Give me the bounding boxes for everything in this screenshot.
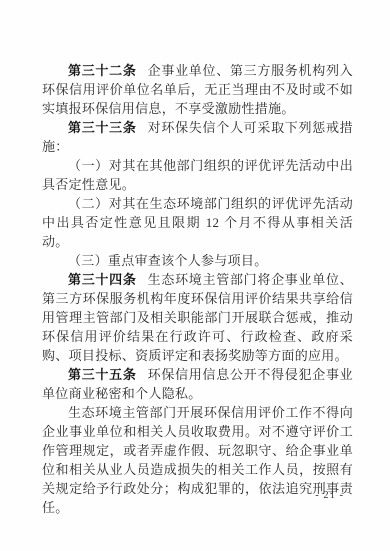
- article-number: 第三十三条: [68, 120, 137, 135]
- paragraph: 生态环境主管部门开展环保信用评价工作不得向企业事业单位和相关人员收取费用。对不遵…: [42, 403, 353, 517]
- paragraph: 第三十二条企事业单位、第三方服务机构列入环保信用评价单位名单后，无正当理由不及时…: [42, 61, 353, 118]
- page-number: - 21 -: [315, 490, 344, 501]
- document-page: 第三十二条企事业单位、第三方服务机构列入环保信用评价单位名单后，无正当理由不及时…: [0, 0, 390, 551]
- paragraph-text: （一）对其在其他部门组织的评优评先活动中出具否定性意见。: [42, 158, 353, 192]
- paragraph: （一）对其在其他部门组织的评优评先活动中出具否定性意见。: [42, 156, 353, 194]
- article-number: 第三十四条: [68, 272, 137, 287]
- paragraph: 第三十三条对环保失信个人可采取下列惩戒措施：: [42, 118, 353, 156]
- paragraph-text: （三）重点审查该个人参与项目。: [68, 253, 268, 268]
- article-number: 第三十五条: [68, 367, 137, 382]
- paragraph: （二）对其在生态环境部门组织的评优评先活动中出具否定性意见且限期 12 个月不得…: [42, 194, 353, 251]
- document-body: 第三十二条企事业单位、第三方服务机构列入环保信用评价单位名单后，无正当理由不及时…: [42, 61, 353, 517]
- paragraph: 第三十四条生态环境主管部门将企事业单位、第三方环保服务机构年度环保信用评价结果共…: [42, 270, 353, 365]
- paragraph-text: 生态环境主管部门开展环保信用评价工作不得向企业事业单位和相关人员收取费用。对不遵…: [42, 405, 353, 515]
- paragraph: （三）重点审查该个人参与项目。: [42, 251, 353, 270]
- article-number: 第三十二条: [68, 63, 137, 78]
- paragraph-text: （二）对其在生态环境部门组织的评优评先活动中出具否定性意见且限期 12 个月不得…: [42, 196, 353, 249]
- paragraph: 第三十五条环保信用信息公开不得侵犯企事业单位商业秘密和个人隐私。: [42, 365, 353, 403]
